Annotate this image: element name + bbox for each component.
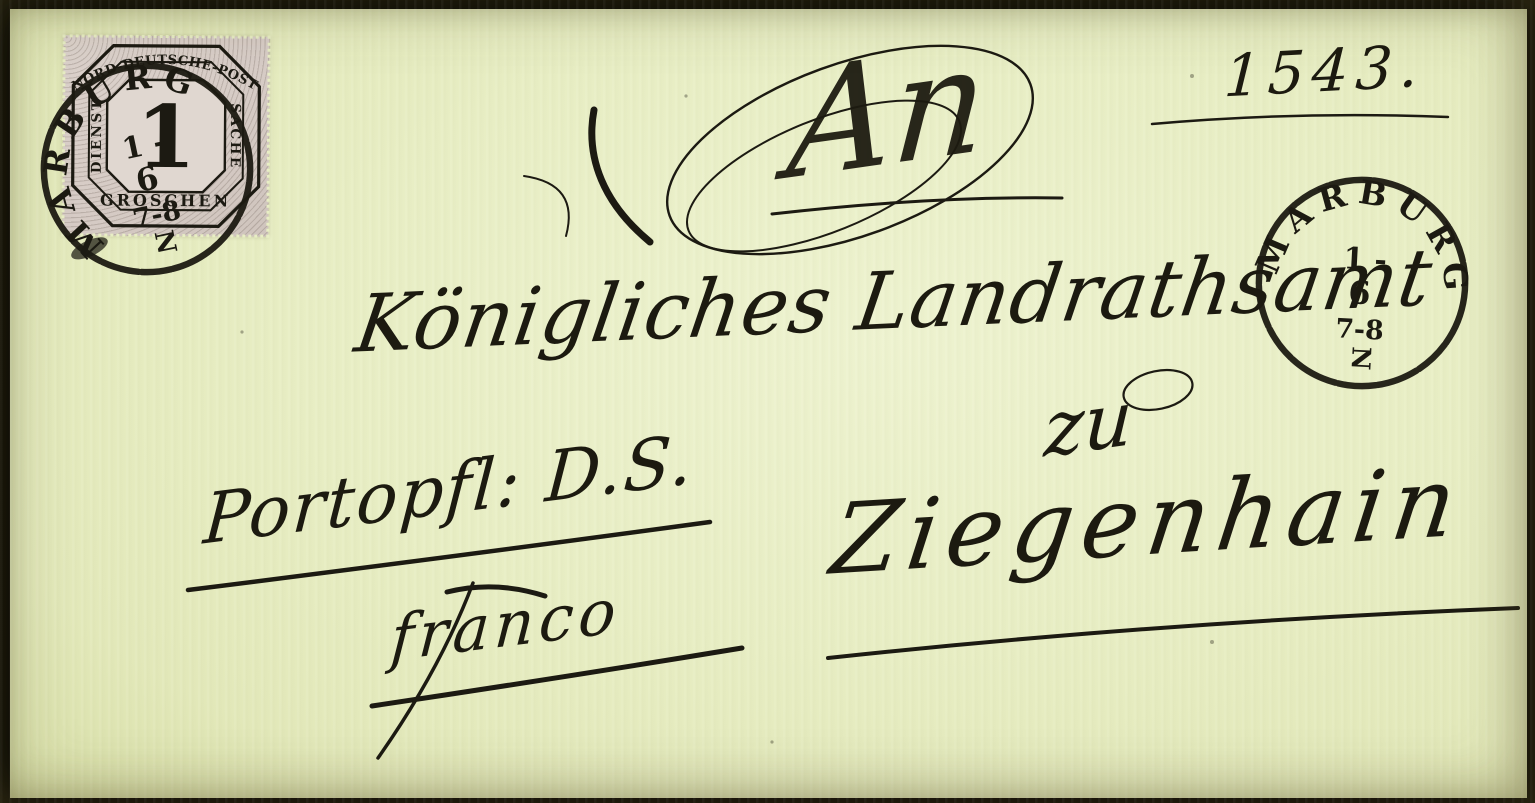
postmark-town: MARBURG xyxy=(0,13,214,272)
registry-number: 1543. xyxy=(1223,37,1427,106)
postmark-month: 6 xyxy=(133,159,162,200)
postmark-shift: N xyxy=(148,228,182,257)
envelope-photo: 1543. An Königliches Landrathsamt zu Zie… xyxy=(0,0,1535,803)
salutation-script: An xyxy=(784,25,992,202)
postmark-date-block: 1 - 6 7-8 N xyxy=(115,124,189,259)
preposition-script: zu xyxy=(1042,379,1134,469)
postmark-left: MARBURG 1 - 6 7-8 N xyxy=(28,50,266,288)
postmark-month: 6 xyxy=(1347,274,1371,312)
postmark-date-block: 1 - 6 7-8 N xyxy=(1333,241,1388,371)
postmark-shift: N xyxy=(1345,346,1376,371)
postmark-day: 1 - xyxy=(1343,241,1388,278)
postmark-right: MARBURG 1 - 6 7-8 N xyxy=(1243,164,1481,402)
postmark-time: 7-8 xyxy=(1335,313,1385,346)
